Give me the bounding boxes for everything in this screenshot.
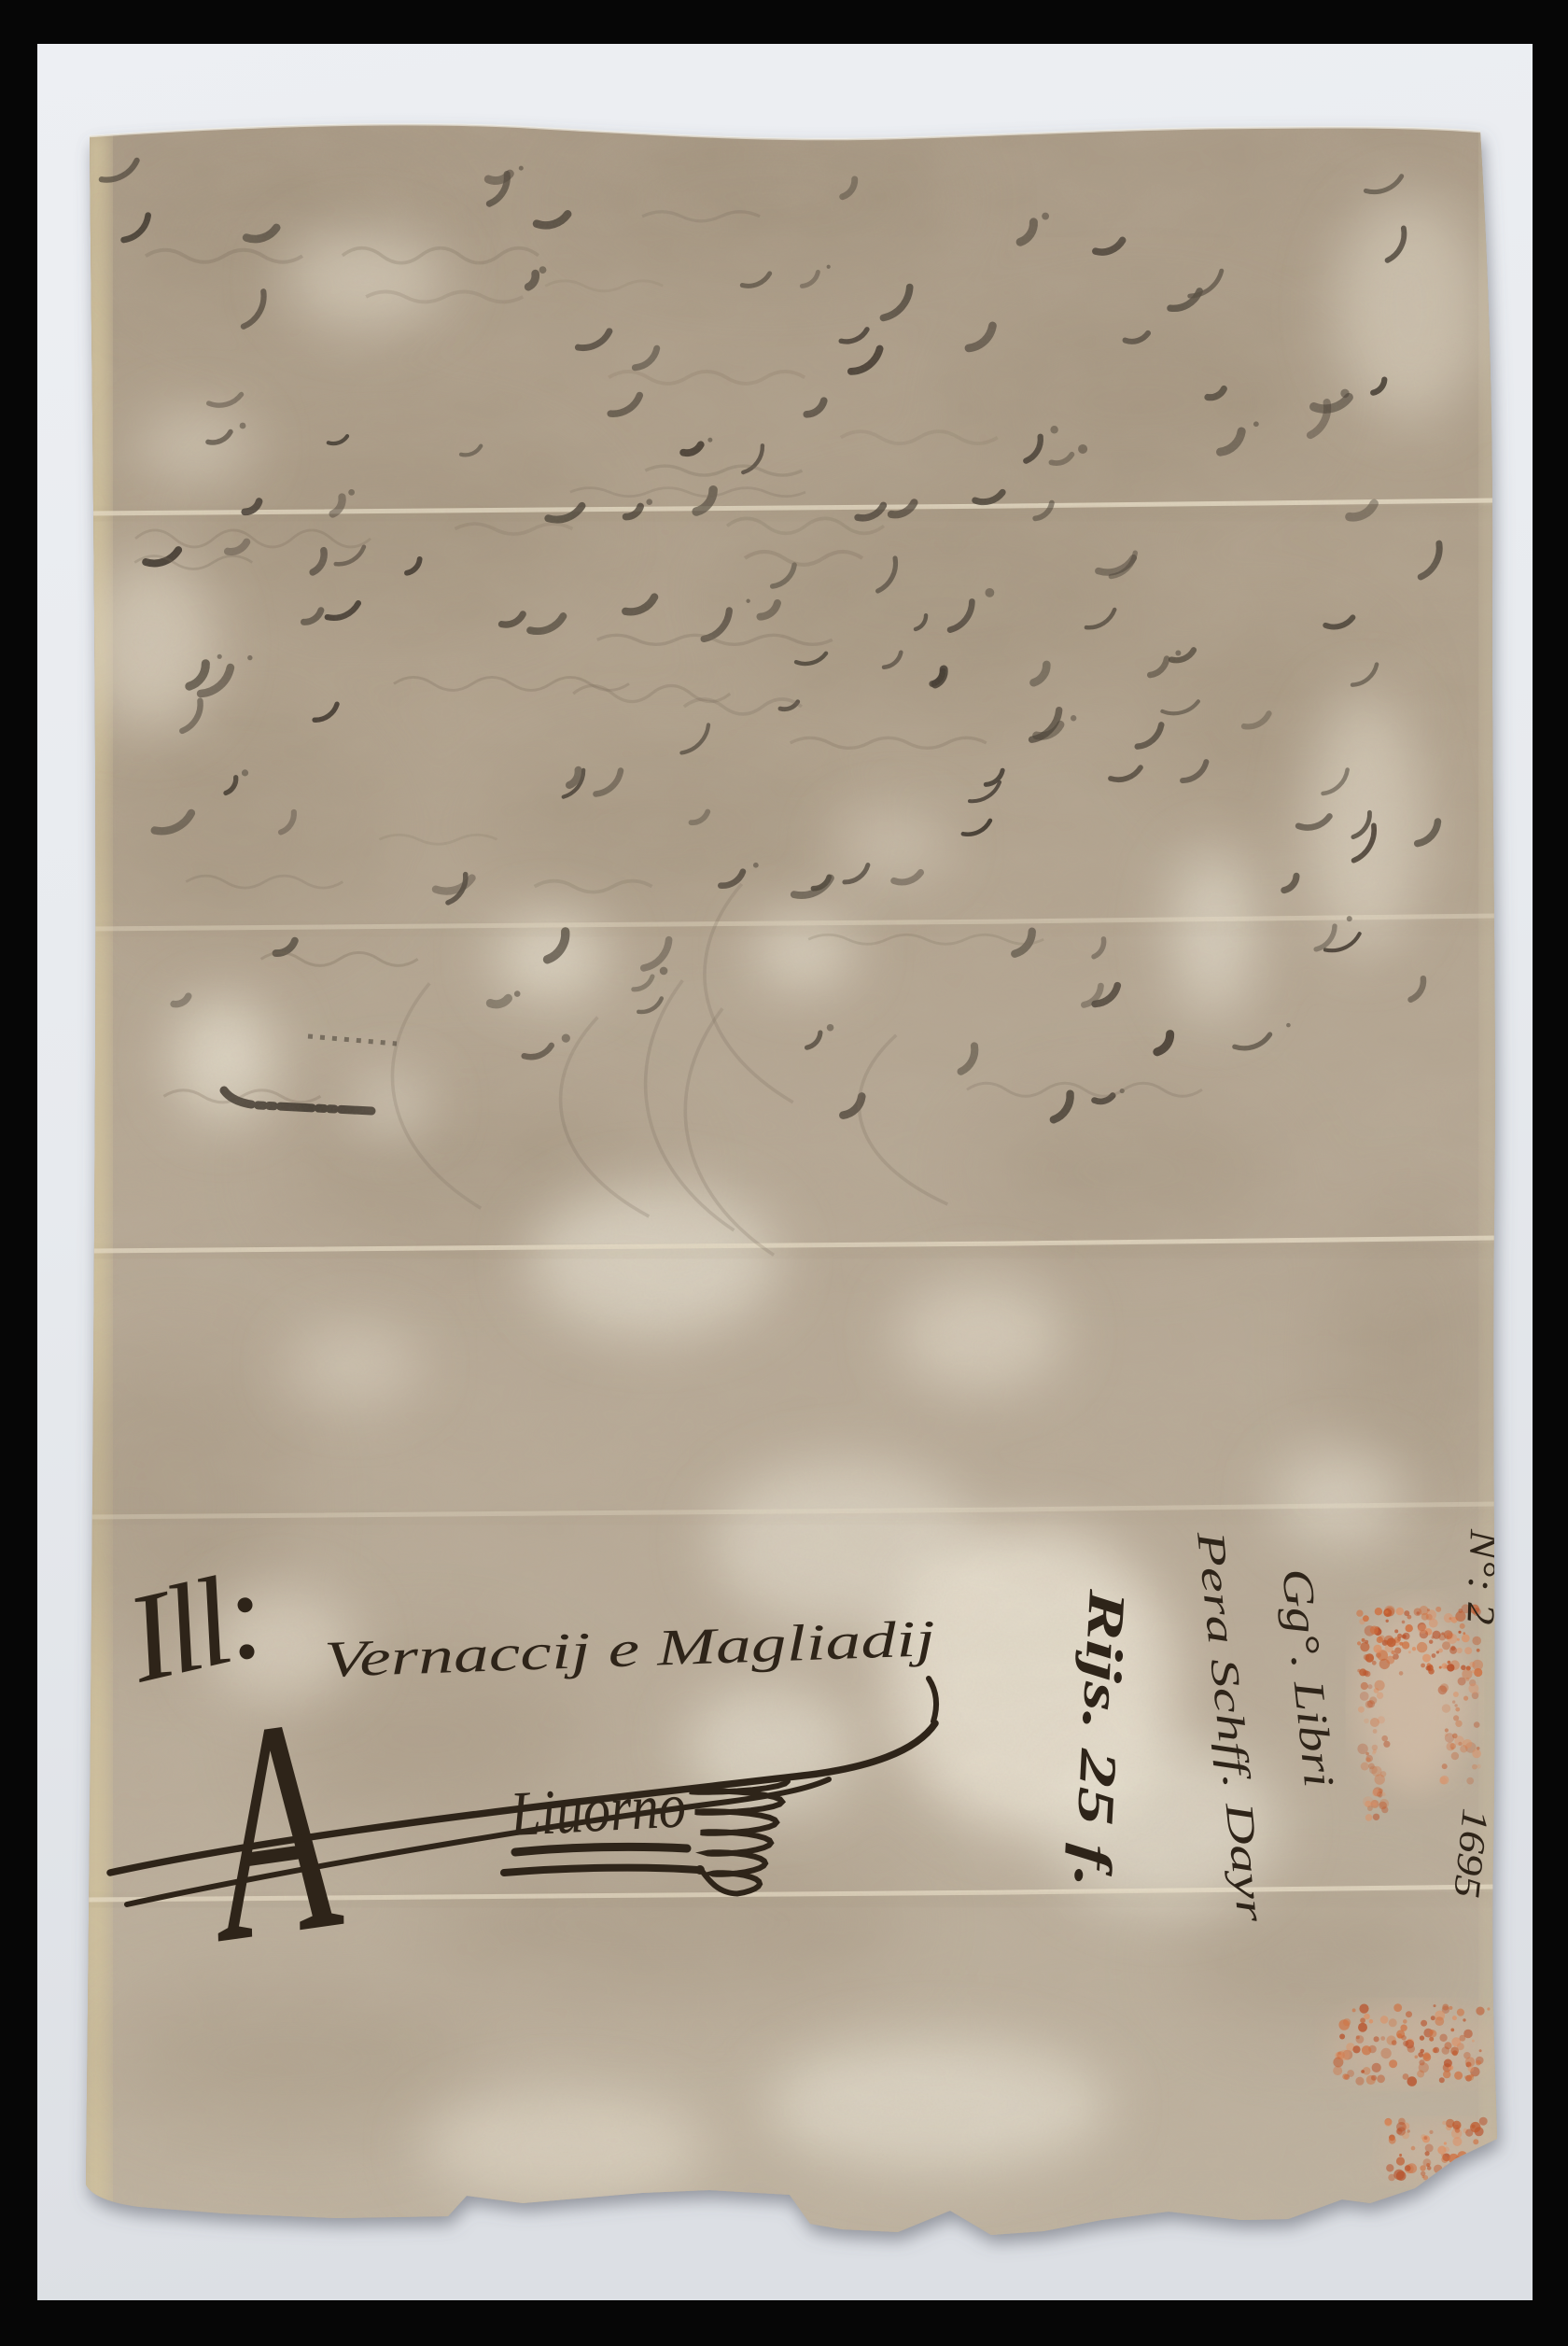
wax-speckle <box>1437 2146 1446 2155</box>
document-scan: Ill: Vernaccij e Magliadij A Liuorno Gg°… <box>0 0 1568 2346</box>
wax-speckle <box>1442 1763 1448 1769</box>
wax-speckle <box>1363 1615 1369 1622</box>
wax-speckle <box>1421 2020 1427 2027</box>
wax-speckle <box>1439 2077 1445 2083</box>
wax-speckle <box>1463 1696 1468 1701</box>
wax-speckle <box>1379 1636 1385 1642</box>
wax-speckle <box>1361 2070 1365 2073</box>
wax-speckle <box>1479 2049 1482 2052</box>
wax-speckle <box>1476 2007 1484 2016</box>
wax-speckle <box>1373 1645 1381 1653</box>
wax-speckle <box>1402 1641 1409 1649</box>
wax-speckle <box>1425 2144 1434 2153</box>
wax-speckle <box>1372 1745 1378 1750</box>
wax-speckle <box>1421 2171 1425 2176</box>
wax-speckle <box>1384 2119 1392 2127</box>
wax-speckle <box>1422 2053 1431 2061</box>
wax-speckle <box>1386 1620 1389 1623</box>
wax-speckle <box>1379 1802 1387 1810</box>
wax-speckle <box>1407 2076 1418 2086</box>
wax-speckle <box>1394 1629 1398 1633</box>
wax-speckle <box>1458 1678 1466 1686</box>
wax-speckle <box>1342 2073 1348 2079</box>
wax-speckle <box>1460 1745 1467 1752</box>
wax-speckle <box>1439 2034 1447 2042</box>
wax-speckle <box>1372 2063 1381 2072</box>
wax-speckle <box>1430 2030 1435 2034</box>
wax-speckle <box>1363 1670 1368 1676</box>
wax-speckle <box>1405 2165 1411 2171</box>
wax-speckle <box>1406 1624 1413 1632</box>
wax-speckle <box>1474 1668 1482 1677</box>
wax-speckle <box>1417 1642 1427 1652</box>
wax-speckle <box>1333 2066 1342 2075</box>
wax-speckle <box>1380 2048 1391 2058</box>
wax-speckle <box>1380 2016 1389 2024</box>
wax-speckle <box>1357 1641 1361 1645</box>
letter-photograph: Ill: Vernaccij e Magliadij A Liuorno Gg°… <box>0 0 1568 2346</box>
wax-speckle <box>1472 1749 1481 1759</box>
wax-speckle <box>1429 2130 1433 2134</box>
wax-speckle <box>1402 1635 1407 1639</box>
wax-speckle <box>1377 1791 1382 1797</box>
wax-speckle <box>1415 2056 1419 2059</box>
wax-speckle <box>1412 1647 1416 1651</box>
wax-speckle <box>1394 1648 1401 1654</box>
wax-speckle <box>1424 2136 1428 2140</box>
city-underline-1 <box>515 1847 687 1852</box>
address-city: Liuorno <box>508 1769 688 1849</box>
wax-speckle <box>1403 2019 1407 2024</box>
wax-speckle <box>1427 1608 1430 1611</box>
wax-speckle <box>1418 2052 1423 2058</box>
wax-speckle <box>1393 1653 1399 1660</box>
wax-speckle <box>1380 2036 1385 2041</box>
wax-speckle <box>1442 1663 1448 1668</box>
wax-speckle <box>1365 1814 1373 1821</box>
wax-speckle <box>1420 2035 1424 2040</box>
wax-speckle <box>1408 1651 1411 1653</box>
wax-speckle <box>1462 1635 1470 1643</box>
wax-speckle <box>1435 1607 1441 1612</box>
wax-speckle <box>1389 2137 1396 2144</box>
wax-speckle <box>1458 1631 1461 1634</box>
wax-speckle <box>1419 2062 1429 2072</box>
wax-speckle <box>1355 2077 1364 2086</box>
wax-speckle <box>1477 1649 1480 1652</box>
wax-speckle <box>1457 1648 1463 1653</box>
wax-speckle <box>1389 2018 1397 2027</box>
wax-speckle <box>1361 1682 1368 1690</box>
wax-speckle <box>1362 1638 1365 1642</box>
wax-speckle <box>1436 1651 1439 1653</box>
wax-speckle <box>1434 2047 1440 2054</box>
wax-speckle <box>1468 1683 1478 1693</box>
wax-speckle <box>1477 1747 1480 1750</box>
wax-speckle <box>1399 1671 1404 1676</box>
wax-speckle <box>1439 1777 1447 1784</box>
wax-speckle <box>1362 2045 1371 2055</box>
wax-speckle <box>1406 2011 1412 2017</box>
wax-speckle <box>1393 2170 1404 2180</box>
wax-speckle <box>1444 1613 1453 1623</box>
wax-speckle <box>1432 1653 1436 1658</box>
wax-speckle <box>1463 2018 1465 2021</box>
wax-speckle <box>1369 2019 1374 2024</box>
wax-speckle <box>1371 2075 1377 2081</box>
wax-speckle <box>1472 1764 1477 1770</box>
wax-speckle <box>1452 2121 1461 2129</box>
wax-speckle <box>1407 2129 1410 2132</box>
wax-speckle <box>1352 2045 1360 2053</box>
wax-speckle <box>1444 2142 1447 2144</box>
wax-speckle <box>1367 1684 1372 1689</box>
wax-speckle <box>1473 2139 1478 2144</box>
wax-speckle <box>1451 2128 1462 2139</box>
wax-speckle <box>1431 2016 1435 2020</box>
wax-speckle <box>1442 2004 1449 2011</box>
wax-speckle <box>1453 1692 1459 1697</box>
wax-speckle <box>1418 1624 1427 1634</box>
wax-speckle <box>1434 2004 1436 2007</box>
wax-speckle <box>1464 2076 1467 2079</box>
wax-speckle <box>1466 1777 1474 1785</box>
wax-speckle <box>1444 2059 1452 2068</box>
wax-speckle <box>1381 1735 1388 1742</box>
wax-speckle <box>1423 2158 1432 2167</box>
wax-speckle <box>1356 2035 1360 2039</box>
wax-speckle <box>1375 1608 1382 1615</box>
wax-speckle <box>1450 1646 1455 1651</box>
wax-speckle <box>1369 1696 1377 1704</box>
wax-speckle <box>1356 1609 1363 1616</box>
wax-speckle <box>1393 2003 1402 2012</box>
wax-speckle <box>1374 2036 1379 2042</box>
paper-surface-texture: Ill: Vernaccij e Magliadij A Liuorno Gg°… <box>56 112 1512 2250</box>
wax-speckle <box>1372 1661 1377 1665</box>
wax-speckle <box>1426 1665 1431 1670</box>
wax-speckle <box>1373 1729 1378 1734</box>
wax-speckle <box>1457 2009 1464 2016</box>
wax-speckle <box>1455 1721 1462 1727</box>
wax-speckle <box>1401 2035 1407 2041</box>
wax-speckle <box>1467 2074 1474 2081</box>
wax-speckle <box>1460 2035 1466 2042</box>
wax-speckle <box>1443 2071 1450 2078</box>
wax-speckle <box>1429 2037 1434 2042</box>
wax-speckle <box>1448 1661 1451 1665</box>
wax-speckle <box>1364 1719 1369 1724</box>
wax-speckle <box>1468 2066 1475 2072</box>
wax-speckle <box>1421 1664 1425 1668</box>
wax-speckle <box>1364 1654 1369 1660</box>
wax-speckle <box>1442 2121 1446 2125</box>
wax-speckle <box>1452 2050 1458 2056</box>
wax-speckle <box>1442 1704 1450 1712</box>
wax-speckle <box>1451 1752 1459 1760</box>
wax-speckle <box>1442 2046 1450 2055</box>
wax-speckle <box>1370 1718 1379 1727</box>
wax-speckle <box>1377 1693 1383 1699</box>
wax-speckle <box>1367 1805 1373 1811</box>
wax-speckle <box>1455 1707 1460 1712</box>
wax-speckle <box>1450 2029 1454 2032</box>
wax-speckle <box>1450 1743 1457 1749</box>
wax-speckle <box>1372 1766 1382 1777</box>
wax-speckle <box>1377 2074 1385 2083</box>
wax-speckle <box>1447 1664 1454 1671</box>
wax-speckle <box>1445 1728 1449 1732</box>
wax-speckle <box>1479 2117 1488 2126</box>
wax-speckle <box>1452 2016 1457 2020</box>
wax-speckle <box>1435 2016 1444 2026</box>
wax-speckle <box>1352 2008 1356 2012</box>
wax-speckle <box>1453 1715 1459 1721</box>
wax-speckle <box>1426 1614 1433 1621</box>
wax-speckle <box>1441 2156 1448 2163</box>
wax-speckle <box>1474 1721 1480 1728</box>
wax-speckle <box>1363 1796 1373 1806</box>
wax-speckle <box>1472 1637 1481 1646</box>
wax-speckle <box>1397 2127 1406 2135</box>
wax-speckle <box>1458 1742 1462 1746</box>
wax-speckle <box>1444 1630 1453 1639</box>
wax-speckle <box>1339 2050 1350 2060</box>
wax-speckle <box>1454 2072 1463 2080</box>
wax-speckle <box>1454 1704 1457 1707</box>
wax-speckle <box>1402 1621 1406 1624</box>
wax-speckle <box>1360 1642 1369 1651</box>
wax-speckle <box>1375 1680 1385 1691</box>
wax-speckle <box>1365 1757 1370 1762</box>
wax-speckle <box>1396 1608 1405 1616</box>
wax-speckle <box>1440 1683 1449 1692</box>
wax-speckle <box>1385 1610 1389 1614</box>
wax-speckle <box>1449 2006 1452 2010</box>
wax-speckle <box>1358 2023 1367 2032</box>
wax-speckle <box>1373 1814 1379 1820</box>
wax-speckle <box>1442 1641 1450 1650</box>
wax-speckle <box>1439 1666 1442 1669</box>
wax-speckle <box>1364 2014 1370 2020</box>
wax-speckle <box>1452 1700 1455 1703</box>
wax-speckle <box>1422 1654 1431 1663</box>
wax-speckle <box>1370 1626 1379 1635</box>
wax-speckle <box>1425 2151 1430 2156</box>
wax-speckle <box>1365 1752 1369 1756</box>
wax-speckle <box>1360 1692 1369 1701</box>
wax-speckle <box>1339 2034 1345 2040</box>
wax-speckle <box>1359 2004 1368 2014</box>
wax-speckle <box>1429 1640 1433 1644</box>
wax-speckle <box>1464 1647 1472 1654</box>
wax-speckle <box>1396 2156 1405 2165</box>
wax-speckle <box>1417 1611 1421 1615</box>
wax-speckle <box>1383 1741 1390 1748</box>
wax-speckle <box>1465 2057 1476 2067</box>
wax-speckle <box>1399 2154 1402 2156</box>
wax-speckle <box>1411 2146 1416 2151</box>
wax-speckle <box>1476 2060 1481 2066</box>
wax-speckle <box>1397 1637 1401 1641</box>
wax-speckle <box>1373 1802 1377 1805</box>
wax-speckle <box>1343 2018 1351 2026</box>
wax-speckle <box>1358 1707 1365 1713</box>
wax-speckle <box>1472 2125 1476 2128</box>
wax-speckle <box>1386 2164 1393 2171</box>
wax-speckle <box>1387 1637 1396 1647</box>
wax-speckle <box>1407 1615 1412 1620</box>
wax-speckle <box>1406 2040 1415 2049</box>
wax-speckle <box>1487 2007 1490 2010</box>
wax-speckle <box>1392 2040 1397 2045</box>
wax-speckle <box>1472 2040 1475 2043</box>
wax-speckle <box>1452 1734 1458 1739</box>
wax-speckle <box>1389 2059 1397 2068</box>
wax-speckle <box>1361 1763 1369 1771</box>
